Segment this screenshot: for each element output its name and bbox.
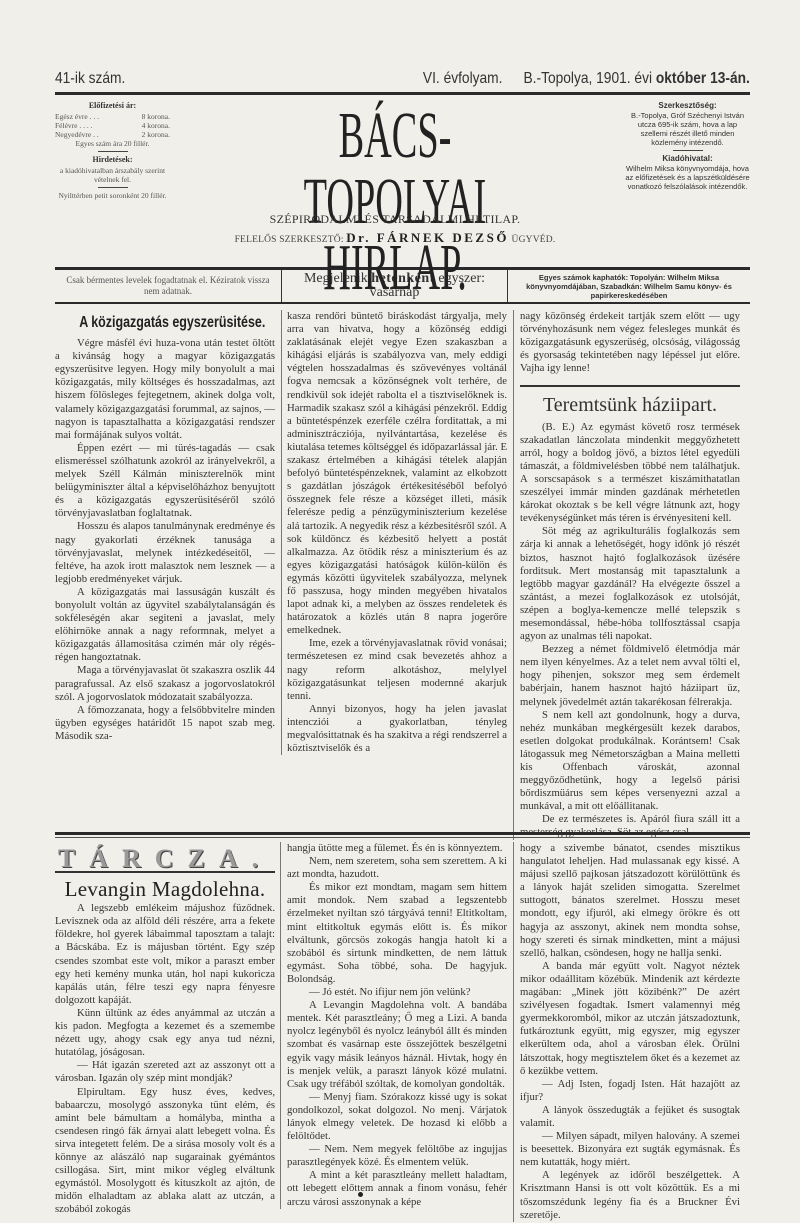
divider	[98, 151, 128, 152]
feuilleton-heading: TÁRCZA.	[55, 852, 275, 865]
paragraph: Söt még az agrikulturális foglalkozás se…	[520, 525, 740, 643]
paragraph: A mint a két parasztleány mellett haladt…	[287, 1169, 507, 1208]
paragraph: Maga a törvényjavaslat öt szakaszra oszl…	[55, 664, 275, 703]
paragraph: És mikor ezt mondtam, magam sem hittem a…	[287, 881, 507, 986]
article-title: Teremtsünk háziipart.	[520, 399, 740, 412]
column-divider	[281, 310, 282, 755]
ads-text: a kiadóhivatalban árszabály szerint véte…	[55, 166, 170, 184]
paragraph: — Jó estét. No ifijur nem jön velünk?	[287, 986, 507, 999]
column-3: nagy közönség érdekeit tartják szem előt…	[520, 310, 740, 840]
paragraph: A Levangin Magdolehna volt. A bandába me…	[287, 999, 507, 1091]
nyiltter-text: Nyilttérben petit soronként 20 fillér.	[55, 191, 170, 200]
paragraph: — Hát igazán szereted azt az asszonyt ot…	[55, 1059, 275, 1085]
masthead: Előfizetési ár: Egész évre . . .8 korona…	[55, 95, 750, 267]
copies-notice: Egyes számok kaphatók: Topolyán: Wilhelm…	[508, 270, 750, 302]
publisher-heading: Kiadóhivatal:	[625, 154, 750, 163]
article-divider	[520, 385, 740, 387]
paragraph: A banda már együtt volt. Nagyot néztek m…	[520, 960, 740, 1078]
place-date: B.-Topolya, 1901. évi	[523, 70, 652, 87]
newspaper-title: BÁCS-TOPOLYAI HIRLAP.	[273, 103, 517, 301]
subscription-box: Előfizetési ár: Egész évre . . .8 korona…	[55, 101, 170, 200]
story-title: Levangin Magdolehna.	[55, 883, 275, 896]
feuilleton-column-1: TÁRCZA. Levangin Magdolehna. A legszebb …	[55, 842, 275, 1216]
ornament-dot	[358, 1192, 363, 1197]
publisher-text: Wilhelm Miksa könyvnyomdája, hova az elő…	[625, 164, 750, 191]
subscription-heading: Előfizetési ár:	[55, 101, 170, 110]
paragraph: — Milyen sápadt, milyen halovány. A szem…	[520, 1130, 740, 1169]
paragraph: — Menyj fiam. Szórakozz kissé ugy is sok…	[287, 1091, 507, 1143]
price-row: Egész évre . . .8 korona.	[55, 112, 170, 121]
volume: VI. évfolyam.	[423, 70, 503, 87]
editorial-text: B.-Topolya, Gróf Széchenyi István utcza …	[625, 111, 750, 147]
paragraph: hangja ütötte meg a fülemet. És én is kö…	[287, 842, 507, 855]
editor-line: FELELŐS SZERKESZTŐ: Dr. FÁRNEK DEZSŐ ÜGY…	[185, 230, 605, 246]
paragraph: — Nem. Nem megyek felöltőbe az ingujjas …	[287, 1143, 507, 1169]
paragraph: A legények az időről beszélgettek. A Kri…	[520, 1169, 740, 1221]
issue-line: 41-ik szám. VI. évfolyam. B.-Topolya, 19…	[55, 60, 750, 92]
editorial-office-box: Szerkesztőség: B.-Topolya, Gróf Szécheny…	[625, 101, 750, 191]
price-row: Negyedévre . .2 korona.	[55, 130, 170, 139]
paragraph: A lányok összedugták a fejüket és susogt…	[520, 1104, 740, 1130]
paragraph: Künn ültünk az édes anyámmal az utczán a…	[55, 1007, 275, 1059]
price-row: Félévre . . . .4 korona.	[55, 121, 170, 130]
newspaper-page: 41-ik szám. VI. évfolyam. B.-Topolya, 19…	[55, 60, 750, 310]
paragraph: hogy a szivembe bánatot, csendes misztik…	[520, 842, 740, 960]
editor-name: Dr. FÁRNEK DEZSŐ	[346, 230, 509, 245]
feuilleton-column-3: hogy a szivembe bánatot, csendes misztik…	[513, 842, 740, 1222]
paragraph: Ime, ezek a törvényjavaslatnak rövid von…	[287, 637, 507, 702]
feuilleton-column-2: hangja ütötte meg a fülemet. És én is kö…	[280, 842, 507, 1209]
paragraph: Elpirultam. Egy husz éves, kedves, babaa…	[55, 1086, 275, 1217]
letters-notice: Csak bérmentes levelek fogadtatnak el. K…	[55, 270, 281, 302]
paragraph: kasza rendőri büntető biráskodást tárgya…	[287, 310, 507, 637]
newspaper-subtitle: SZÉPIRODALMI ÉS TARSADALMI HETILAP.	[185, 212, 605, 227]
divider	[98, 187, 128, 188]
paragraph: Annyi bizonyos, hogy ha jelen javaslat i…	[287, 703, 507, 755]
paragraph: Nem, nem szeretem, soha sem szerettem. A…	[287, 855, 507, 881]
divider	[673, 150, 703, 151]
paragraph: A legszebb emlékeim májushoz füződnek. L…	[55, 902, 275, 1007]
section-divider	[55, 832, 750, 838]
paragraph: nagy közönség érdekeit tartják szem előt…	[520, 310, 740, 375]
ads-heading: Hirdetések:	[55, 155, 170, 164]
paragraph: A közigazgatás mai lassuságán kuszált és…	[55, 586, 275, 665]
paragraph: (B. E.) Az egymást követő rosz termések …	[520, 421, 740, 526]
article-title: A közigazgatás egyszerüsitése.	[79, 316, 251, 329]
paragraph: A főmozzanata, hogy a felsőbbvitelre min…	[55, 704, 275, 743]
column-divider	[513, 310, 514, 840]
single-price: Egyes szám ára 20 fillér.	[55, 139, 170, 148]
date-bold: október 13-án.	[656, 70, 750, 87]
column-2: kasza rendőri büntető biráskodást tárgya…	[287, 310, 507, 755]
issue-number: 41-ik szám.	[55, 70, 125, 88]
volume-date: VI. évfolyam. B.-Topolya, 1901. évi októ…	[406, 70, 750, 88]
paragraph: Hosszu és alapos tanulmánynak eredménye …	[55, 520, 275, 585]
paragraph: Éppen ezért — mi türés-tagadás — csak el…	[55, 442, 275, 521]
column-1: A közigazgatás egyszerüsitése. Végre más…	[55, 310, 275, 743]
paragraph: S nem kell azt gondolnunk, hogy a durva,…	[520, 709, 740, 814]
paragraph: Végre másfél évi huza-vona után testet ö…	[55, 337, 275, 442]
paragraph: — Adj Isten, fogadj Isten. Hát hazajött …	[520, 1078, 740, 1104]
editorial-heading: Szerkesztőség:	[625, 101, 750, 110]
paragraph: Bezzeg a német földmivelő életmódja már …	[520, 643, 740, 708]
